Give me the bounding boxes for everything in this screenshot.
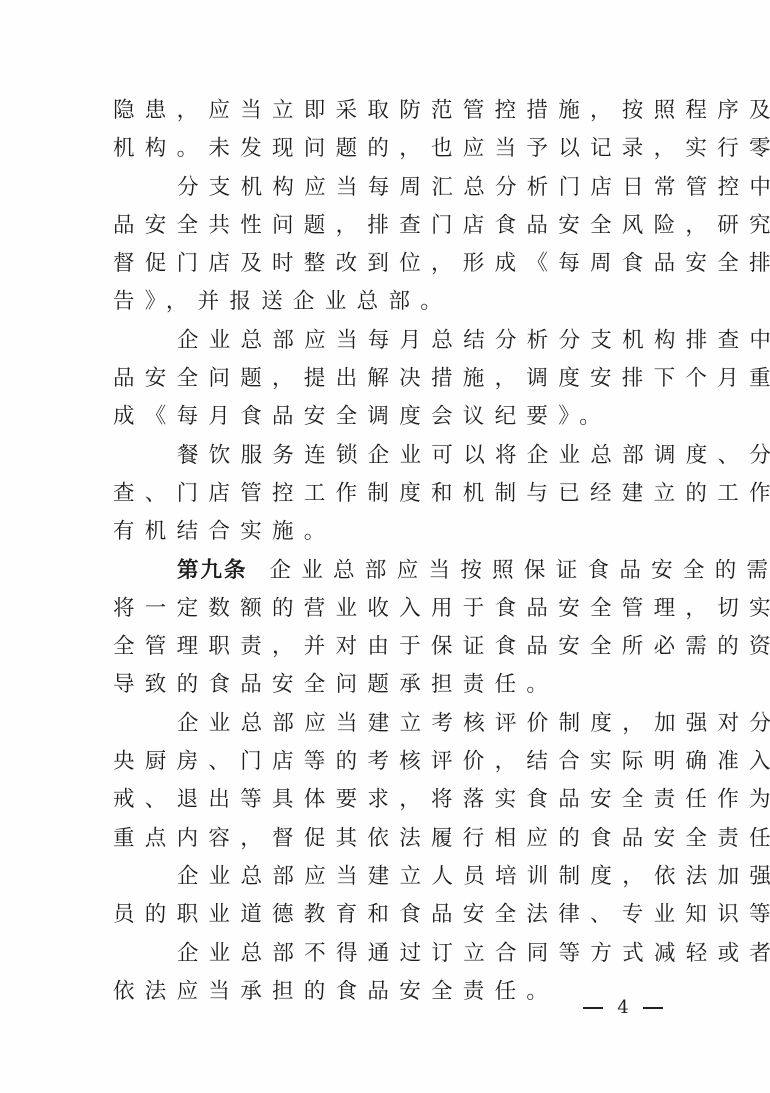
text-line: 央厨房、门店等的考核评价，结合实际明确准入、评价、惩 [113,743,661,781]
text-line: 机构。未发现问题的，也应当予以记录，实行零风险报告。 [113,130,661,168]
dash-right [643,1007,663,1009]
text-line: 依法应当承担的食品安全责任。 [113,973,661,1011]
text-line: 将一定数额的营业收入用于食品安全管理，切实履行食品安 [113,590,661,628]
text-line: 员的职业道德教育和食品安全法律、专业知识等培训。 [113,896,661,934]
text-line: 成《每月食品安全调度会议纪要》。 [113,398,661,436]
text-line: 重点内容，督促其依法履行相应的食品安全责任。 [113,820,661,858]
paragraph-start-line: 企业总部不得通过订立合同等方式减轻或者免除自身 [113,935,661,973]
page-number-footer: 4 [583,995,663,1021]
document-body: 隐患，应当立即采取防范管控措施，按照程序及时上报分支 机构。未发现问题的，也应当… [113,92,661,1011]
text-line: 全管理职责，并对由于保证食品安全所必需的资金投入不足 [113,628,661,666]
text-line: 告》，并报送企业总部。 [113,283,661,321]
paragraph-start-line: 企业总部应当建立考核评价制度，加强对分支机构、中 [113,705,661,743]
text-line: 导致的食品安全问题承担责任。 [113,666,661,704]
text-line: 查、门店管控工作制度和机制与已经建立的工作制度和机制 [113,475,661,513]
text-line: 品安全共性问题，排查门店食品安全风险，研究解决措施， [113,207,661,245]
dash-left [583,1007,603,1009]
paragraph-start-line: 企业总部应当建立人员培训制度，依法加强对其从业人 [113,858,661,896]
text-line: 品安全问题，提出解决措施，调度安排下个月重点工作，形 [113,360,661,398]
paragraph-start-line: 分支机构应当每周汇总分析门店日常管控中发现的食 [113,169,661,207]
page-number: 4 [617,995,628,1021]
article-text: 企业总部应当按照保证食品安全的需要，每年 [270,558,770,583]
paragraph-start-line: 餐饮服务连锁企业可以将企业总部调度、分支机构排 [113,437,661,475]
article-line: 第九条企业总部应当按照保证食品安全的需要，每年 [113,552,661,590]
article-title: 第九条 [177,558,248,583]
text-line: 有机结合实施。 [113,513,661,551]
text-line: 隐患，应当立即采取防范管控措施，按照程序及时上报分支 [113,92,661,130]
text-line: 督促门店及时整改到位，形成《每周食品安全排查治理报 [113,245,661,283]
document-page: 隐患，应当立即采取防范管控措施，按照程序及时上报分支 机构。未发现问题的，也应当… [0,0,770,1093]
paragraph-start-line: 企业总部应当每月总结分析分支机构排查中发现的食 [113,322,661,360]
text-line: 戒、退出等具体要求，将落实食品安全责任作为考核评价的 [113,781,661,819]
